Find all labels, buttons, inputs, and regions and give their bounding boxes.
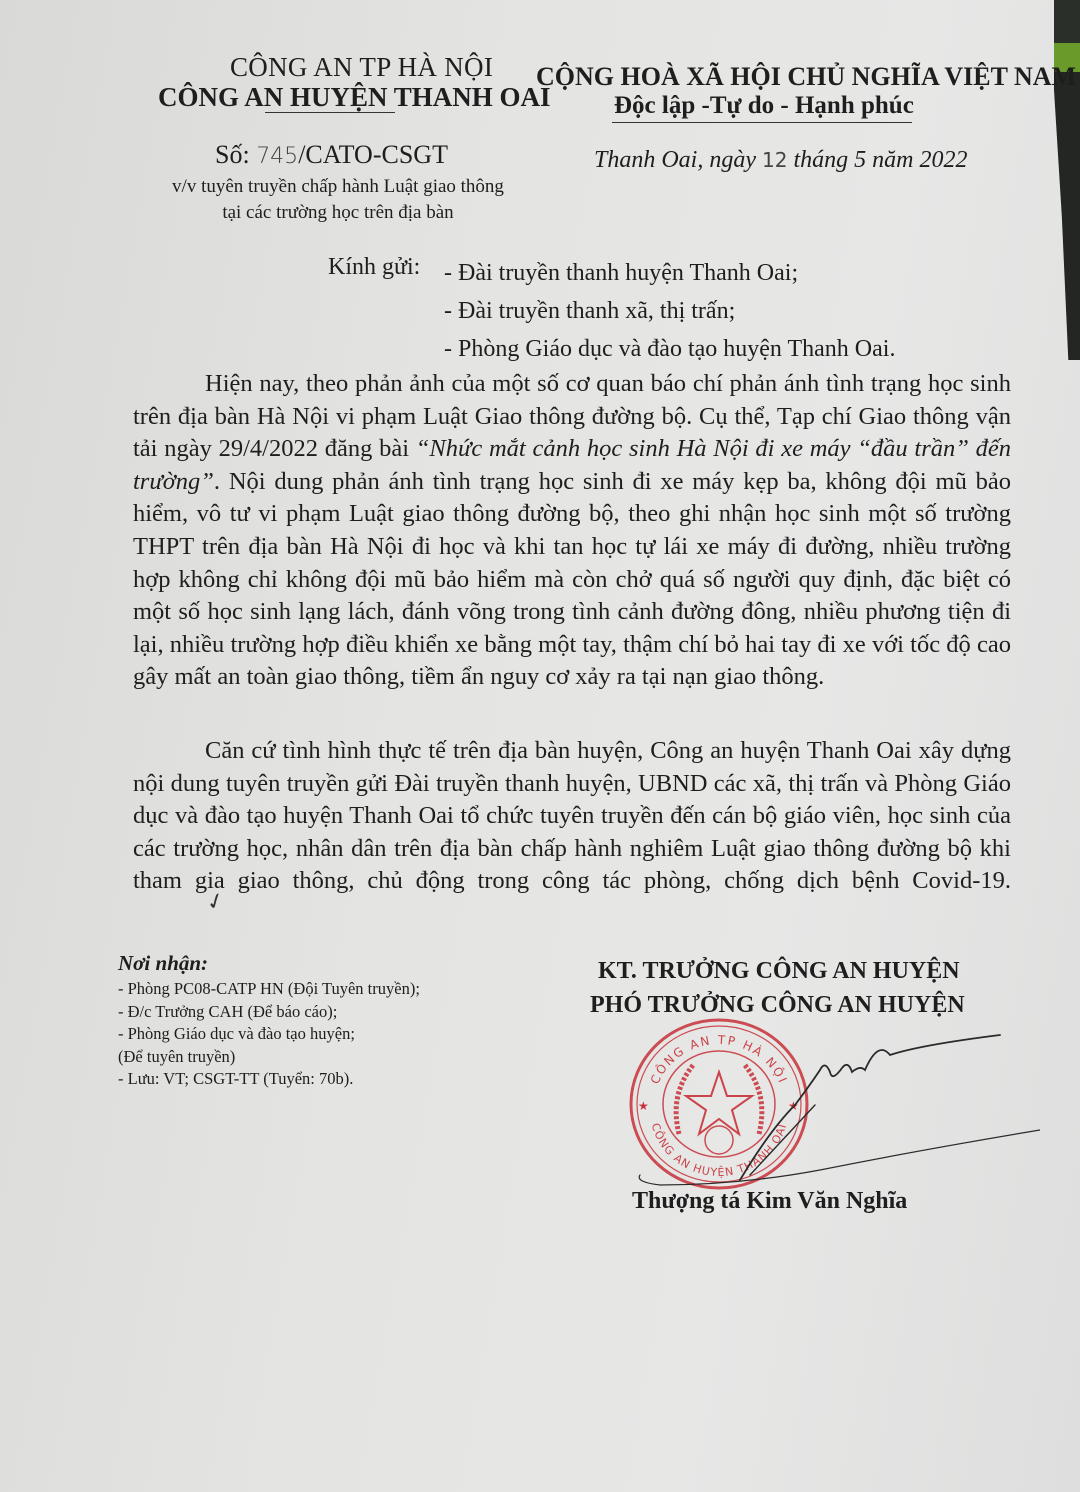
- document-number: Số: 745/CATO-CSGT: [215, 140, 448, 170]
- signer-name: Thượng tá Kim Văn Nghĩa: [632, 1188, 907, 1215]
- distribution-item: - Lưu: VT; CSGT-TT (Tuyển: 70b).: [118, 1068, 420, 1091]
- signer-title-1: KT. TRƯỞNG CÔNG AN HUYỆN: [598, 958, 960, 985]
- distribution-list: Nơi nhận: - Phòng PC08-CATP HN (Đội Tuyê…: [118, 952, 420, 1091]
- handwritten-day: 12: [762, 148, 787, 172]
- unit-underline: [265, 112, 395, 113]
- national-motto: Độc lập -Tự do - Hạnh phúc: [614, 92, 914, 120]
- document-date: Thanh Oai, ngày 12 tháng 5 năm 2022: [594, 147, 967, 174]
- body-paragraph-1: Hiện nay, theo phản ảnh của một số cơ qu…: [133, 368, 1011, 694]
- distribution-title: Nơi nhận:: [118, 952, 420, 974]
- recipient-item: - Đài truyền thanh huyện Thanh Oai;: [444, 254, 895, 292]
- recipient-item: - Phòng Giáo dục và đào tạo huyện Thanh …: [444, 330, 895, 368]
- recipients-label: Kính gửi:: [328, 254, 420, 281]
- document-subject: v/v tuyên truyền chấp hành Luật giao thô…: [168, 174, 508, 226]
- handwritten-signature-icon: [620, 1010, 1040, 1200]
- issuing-authority: CÔNG AN TP HÀ NỘI: [230, 52, 493, 83]
- motto-underline: [612, 122, 912, 123]
- national-title: CỘNG HOÀ XÃ HỘI CHỦ NGHĨA VIỆT NAM: [536, 62, 1076, 92]
- distribution-item: (Để tuyên truyền): [118, 1046, 420, 1069]
- handwritten-number: 745: [256, 144, 298, 169]
- recipients-list: - Đài truyền thanh huyện Thanh Oai; - Đà…: [444, 254, 895, 368]
- distribution-item: - Đ/c Trưởng CAH (Để báo cáo);: [118, 1001, 420, 1024]
- background-edge: [1054, 0, 1080, 360]
- recipient-item: - Đài truyền thanh xã, thị trấn;: [444, 292, 895, 330]
- distribution-item: - Phòng Giáo dục và đào tạo huyện;: [118, 1023, 420, 1046]
- body-paragraph-2: Căn cứ tình hình thực tế trên địa bàn hu…: [133, 735, 1011, 932]
- issuing-unit: CÔNG AN HUYỆN THANH OAI: [158, 82, 551, 113]
- distribution-item: - Phòng PC08-CATP HN (Đội Tuyên truyền);: [118, 978, 420, 1001]
